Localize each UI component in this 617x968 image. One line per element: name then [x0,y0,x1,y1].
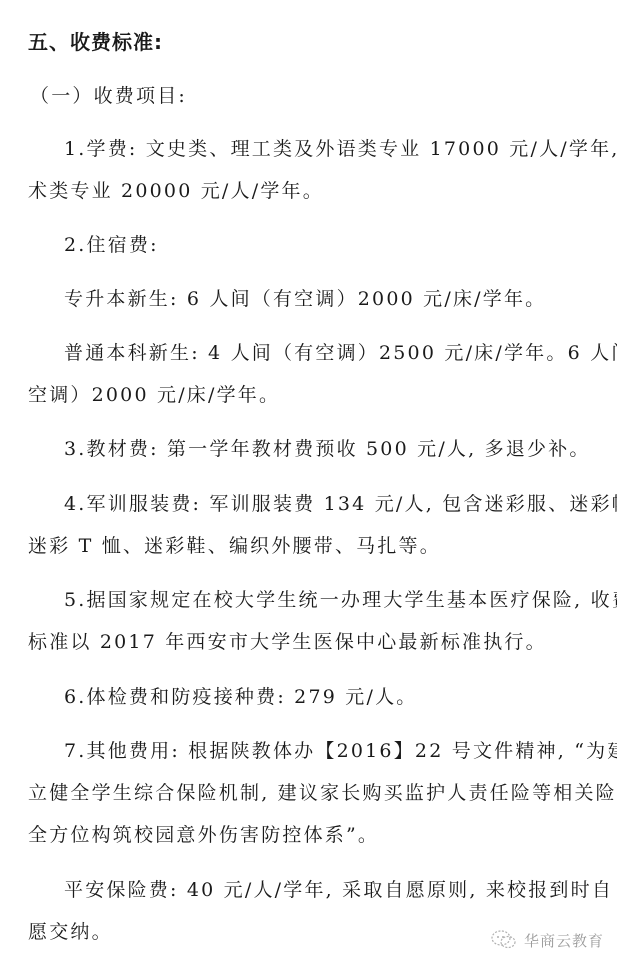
fee-line-other-cont1: 立健全学生综合保险机制, 建议家长购买监护人责任险等相关险种, [28,781,617,805]
fee-line-regular-students-cont: 空调）2000 元/床/学年。 [28,383,280,407]
fee-line-regular-students: 普通本科新生: 4 人间（有空调）2500 元/床/学年。6 人间（有 [64,341,617,365]
fee-line-medical-insurance: 5.据国家规定在校大学生统一办理大学生基本医疗保险, 收费 [64,588,617,612]
fee-line-safety-insurance-cont: 愿交纳。 [28,920,113,944]
fee-line-military-uniform: 4.军训服装费: 军训服装费 134 元/人, 包含迷彩服、迷彩帽、 [64,492,617,516]
fee-line-tuition: 1.学费: 文史类、理工类及外语类专业 17000 元/人/学年, 艺 [64,137,617,161]
watermark: 华商云教育 [490,926,604,954]
fee-line-physical-exam: 6.体检费和防疫接种费: 279 元/人。 [64,685,417,709]
fee-line-upgrade-students: 专升本新生: 6 人间（有空调）2000 元/床/学年。 [64,287,546,311]
fee-line-accommodation: 2.住宿费: [64,233,159,257]
fee-line-military-uniform-cont: 迷彩 T 恤、迷彩鞋、编织外腰带、马扎等。 [28,534,441,558]
fee-line-other-cont2: 全方位构筑校园意外伤害防控体系”。 [28,823,379,847]
fee-line-textbooks: 3.教材费: 第一学年教材费预收 500 元/人, 多退少补。 [64,437,591,461]
fee-line-other: 7.其他费用: 根据陕教体办【2016】22 号文件精神, “为建 [64,739,617,763]
watermark-text: 华商云教育 [524,930,604,951]
fee-line-medical-insurance-cont: 标准以 2017 年西安市大学生医保中心最新标准执行。 [28,630,547,654]
section-heading: 五、收费标准: [28,30,163,54]
fee-line-safety-insurance: 平安保险费: 40 元/人/学年, 采取自愿原则, 来校报到时自 [64,878,613,902]
subsection-heading: （一）收费项目: [30,84,187,108]
wechat-icon [490,929,518,951]
fee-line-tuition-cont: 术类专业 20000 元/人/学年。 [28,179,324,203]
